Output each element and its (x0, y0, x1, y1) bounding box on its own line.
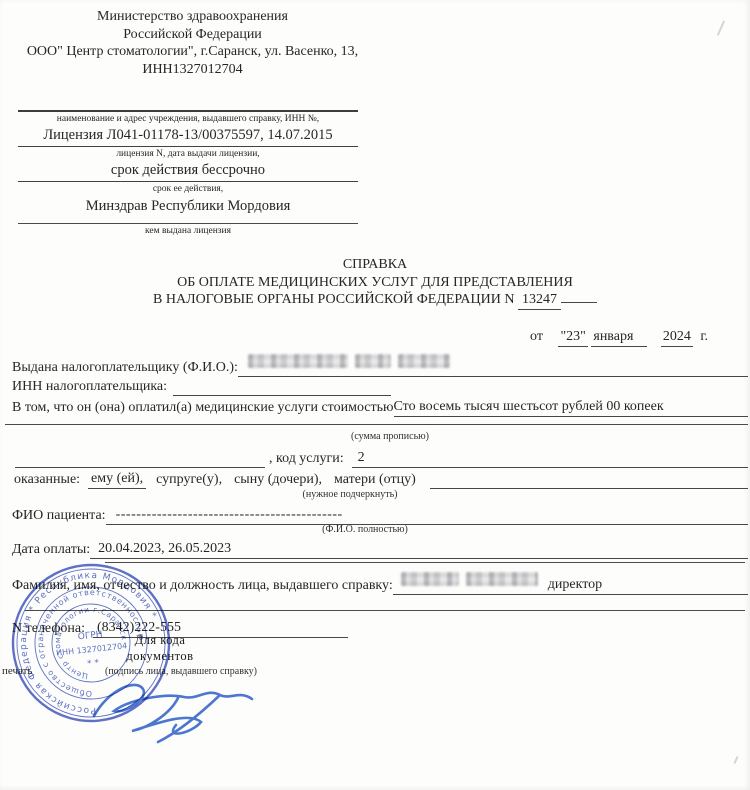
redacted-taxpayer-name (248, 354, 450, 368)
issue-date-line: от "23" января 2024 г. (530, 328, 740, 347)
license-caption-org: наименование и адрес учреждения, выдавше… (18, 112, 358, 126)
taxpayer-inn-row: ИНН налогоплательщика: (12, 377, 391, 396)
stamp-center-marks: * * (87, 658, 100, 669)
patient-value: ----------------------------------------… (106, 507, 343, 522)
patient-caption: (Ф.И.О. полностью) (115, 524, 615, 535)
service-code-row: , код услуги: 2 (15, 449, 748, 468)
rendered-option-self: ему (ей), (88, 470, 146, 489)
issued-to-label: Выдана налогоплательщику (Ф.И.О.): (12, 359, 238, 377)
mid-rule (105, 562, 745, 563)
scan-artifact-top (717, 20, 725, 35)
license-validity: срок действия бессрочно (18, 161, 358, 182)
document-title: СПРАВКА ОБ ОПЛАТЕ МЕДИЦИНСКИХ УСЛУГ ДЛЯ … (0, 256, 750, 310)
payment-date-line: 20.04.2023, 26.05.2023 (90, 540, 748, 559)
signature (80, 670, 260, 750)
issued-to-line (238, 356, 748, 377)
patient-value-line: ----------------------------------------… (106, 506, 748, 525)
paid-label: В том, что он (она) оплатил(а) медицинск… (12, 399, 394, 417)
amount-extra-rule (5, 424, 748, 425)
header-line-federation: Российской Федерации (10, 26, 375, 44)
license-number: Лицензия Л041-01178-13/00375597, 14.07.2… (18, 126, 358, 147)
stamp-center-inn: ИНН 1327012704 (56, 641, 128, 657)
service-code-blank-line (15, 449, 265, 468)
taxpayer-inn-label: ИНН налогоплательщика: (12, 378, 167, 396)
signature-stroke-top (94, 685, 252, 716)
header-line-org: ООО" Центр стоматологии", г.Саранск, ул.… (10, 43, 375, 61)
service-code-value: 2 (352, 450, 365, 465)
patient-row: ФИО пациента: --------------------------… (12, 506, 748, 525)
issuer-line: директор (393, 574, 748, 595)
title-line-3-prefix: В НАЛОГОВЫЕ ОРГАНЫ РОССИЙСКОЙ ФЕДЕРАЦИИ … (153, 292, 514, 307)
rendered-option-parent: матери (отцу) (334, 471, 416, 489)
date-suffix: г. (700, 329, 708, 344)
date-prefix: от (530, 329, 543, 344)
rendered-option-child: сыну (дочери), (234, 471, 322, 489)
issuer-position: директор (548, 577, 602, 592)
amount-words: Сто восемь тысяч шестьсот рублей 00 копе… (394, 398, 749, 417)
title-line-2: ОБ ОПЛАТЕ МЕДИЦИНСКИХ УСЛУГ ДЛЯ ПРЕДСТАВ… (0, 274, 750, 292)
underline-caption: (нужное подчеркнуть) (100, 489, 600, 500)
scan-artifact-bottom (733, 756, 738, 764)
certificate-number: 13247 (518, 291, 561, 310)
payment-date-label: Дата оплаты: (12, 541, 90, 559)
license-caption-number: лицензия N, дата выдачи лицензии, (18, 147, 358, 161)
rendered-label: оказанные: (14, 471, 80, 489)
scanned-certificate-page: Министерство здравоохранения Российской … (0, 0, 750, 790)
signature-stroke-flourish (132, 698, 201, 734)
service-code-label: , код услуги: (269, 450, 344, 468)
stamp-center-ogrn: ОГРН (77, 630, 103, 643)
service-code-line: 2 (352, 449, 748, 468)
patient-label: ФИО пациента: (12, 507, 106, 525)
rendered-option-spouse: супруге(у), (156, 471, 222, 489)
issued-to-row: Выдана налогоплательщику (Ф.И.О.): (12, 356, 748, 377)
license-caption-validity: срок ее действия, (18, 182, 358, 196)
amount-caption: (сумма прописью) (100, 431, 680, 442)
header-line-inn: ИНН1327012704 (10, 61, 375, 79)
certificate-number-tail-line (561, 302, 597, 303)
date-year: 2024 (661, 328, 693, 347)
rendered-to-row: оказанные: ему (ей), супруге(у), сыну (д… (14, 470, 748, 489)
header-block: Министерство здравоохранения Российской … (10, 8, 375, 78)
taxpayer-inn-line (173, 377, 391, 396)
license-block: наименование и адрес учреждения, выдавше… (18, 110, 358, 238)
title-line-1: СПРАВКА (0, 256, 750, 274)
date-day: "23" (558, 328, 587, 347)
paid-amount-row: В том, что он (она) оплатил(а) медицинск… (12, 398, 748, 417)
date-month: января (591, 328, 647, 347)
license-caption-issuer: кем выдана лицензия (18, 224, 358, 238)
redacted-issuer-name (401, 572, 538, 586)
header-line-ministry: Министерство здравоохранения (10, 8, 375, 26)
license-issuer: Минздрав Республики Мордовия (18, 196, 358, 216)
title-line-3: В НАЛОГОВЫЕ ОРГАНЫ РОССИЙСКОЙ ФЕДЕРАЦИИ … (0, 291, 750, 310)
